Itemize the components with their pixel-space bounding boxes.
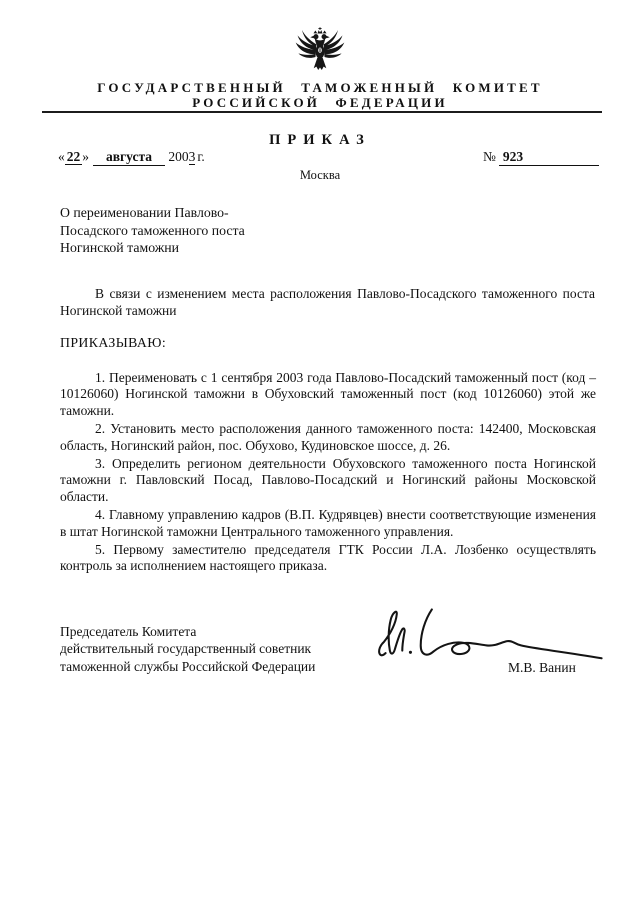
date-day: 22 xyxy=(65,149,83,165)
order-item-2: 2. Установить место расположения данного… xyxy=(60,421,596,454)
number-value: 923 xyxy=(499,149,599,166)
order-item-3: 3. Определить регионом деятельности Обух… xyxy=(60,456,596,505)
letterhead-divider xyxy=(42,111,602,113)
signer-name: М.В. Ванин xyxy=(508,660,576,676)
city-label: Москва xyxy=(0,168,640,183)
date-line: «22»августа 2003г. xyxy=(58,149,205,166)
signer-position-line: таможенной службы Российской Федерации xyxy=(60,658,315,675)
signer-position-line: Председатель Комитета xyxy=(60,623,315,640)
document-type-title: ПРИКАЗ xyxy=(0,132,640,149)
date-year-prefix: 200 xyxy=(168,149,188,164)
decree-word: ПРИКАЗЫВАЮ: xyxy=(60,335,166,351)
org-name-line2: РОССИЙСКОЙ ФЕДЕРАЦИИ xyxy=(0,95,640,111)
date-suffix: г. xyxy=(197,149,204,164)
handwritten-signature-icon xyxy=(353,606,629,666)
number-sign: № xyxy=(483,149,496,164)
subject-line: Посадского таможенного поста xyxy=(60,222,360,240)
subject-block: О переименовании Павлово- Посадского там… xyxy=(60,204,360,257)
signer-position-block: Председатель Комитета действительный гос… xyxy=(60,623,315,675)
scanned-order-document: ГОСУДАРСТВЕННЫЙ ТАМОЖЕННЫЙ КОМИТЕТ РОССИ… xyxy=(0,0,640,900)
date-year-last-digit: 3 xyxy=(189,149,196,165)
order-item-1: 1. Переименовать с 1 сентября 2003 года … xyxy=(60,370,596,419)
order-item-5: 5. Первому заместителю председателя ГТК … xyxy=(60,542,596,575)
preamble-paragraph: В связи с изменением места расположения … xyxy=(60,286,595,319)
quote-close: » xyxy=(82,149,89,164)
subject-line: Ногинской таможни xyxy=(60,239,360,257)
org-name-line1: ГОСУДАРСТВЕННЫЙ ТАМОЖЕННЫЙ КОМИТЕТ xyxy=(0,80,640,96)
order-item-4: 4. Главному управлению кадров (В.П. Кудр… xyxy=(60,507,596,540)
order-items: 1. Переименовать с 1 сентября 2003 года … xyxy=(60,370,596,577)
document-number: №923 xyxy=(483,149,599,166)
quote-open: « xyxy=(58,149,65,164)
subject-line: О переименовании Павлово- xyxy=(60,204,360,222)
date-month: августа xyxy=(93,149,165,166)
signer-position-line: действительный государственный советник xyxy=(60,640,315,657)
russian-coat-of-arms-icon xyxy=(293,25,347,79)
